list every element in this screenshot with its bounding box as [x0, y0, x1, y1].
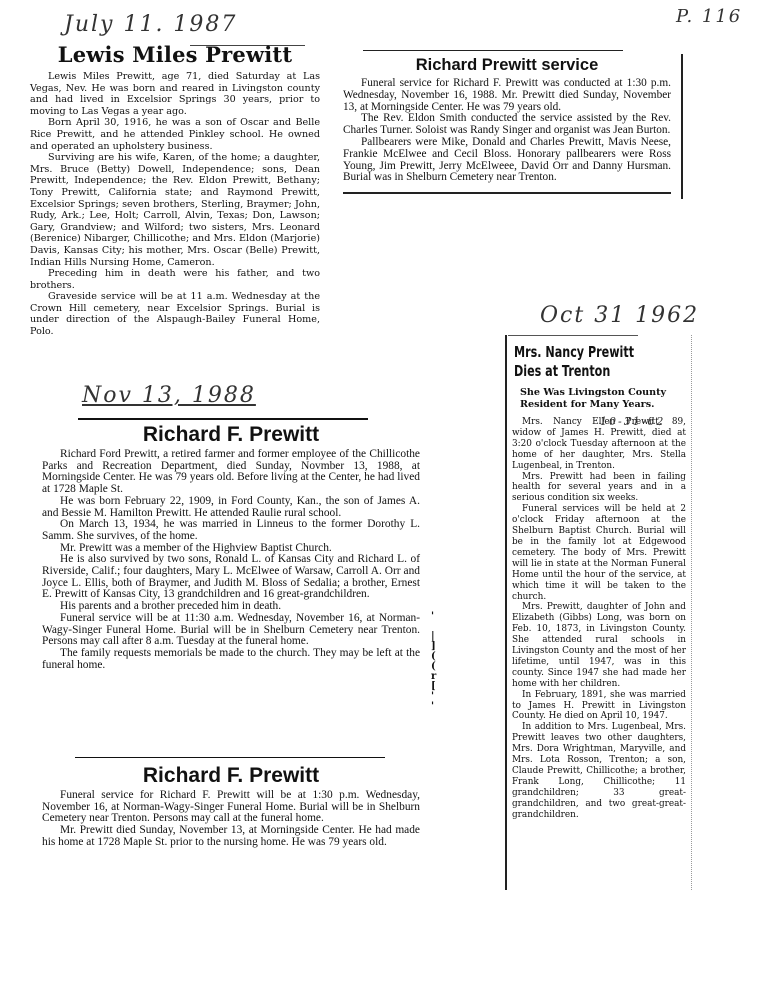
paragraph: Pallbearers were Mike, Donald and Charle… — [343, 137, 671, 184]
paragraph: He was born February 22, 1909, in Ford C… — [42, 496, 420, 519]
headline-line-2: Dies at Trenton — [514, 362, 638, 381]
divider — [363, 50, 623, 51]
obituary-nancy-prewitt: Mrs. Nancy Prewitt Dies at Trenton She W… — [508, 335, 686, 821]
paragraph: Richard Ford Prewitt, a retired farmer a… — [42, 449, 420, 496]
paragraph: On March 13, 1934, he was married in Lin… — [42, 519, 420, 542]
subhead-line-1: She Was Livingston County — [520, 387, 686, 399]
obituary-richard-f-prewitt-notice: Richard F. Prewitt Funeral service for R… — [42, 764, 420, 849]
clipping-edge-marks: ' |]((r['' — [431, 612, 436, 712]
paragraph: Born April 30, 1916, he was a son of Osc… — [30, 117, 320, 152]
headline: Richard Prewitt service — [343, 56, 671, 75]
headline: Richard F. Prewitt — [42, 423, 420, 447]
paragraph: Funeral service for Richard F. Prewitt w… — [343, 78, 671, 113]
paragraph: Surviving are his wife, Karen, of the ho… — [30, 152, 320, 268]
clipping-edge — [691, 335, 692, 890]
subhead-line-2: Resident for Many Years. — [520, 399, 686, 411]
nancy-date-note: Oct 31 1962 — [540, 303, 699, 328]
obituary-richard-prewitt-service: Richard Prewitt service Funeral service … — [343, 56, 671, 184]
divider — [78, 418, 368, 420]
paragraph: In February, 1891, she was married to Ja… — [512, 690, 686, 723]
paragraph: Mrs. Prewitt, daughter of John and Eliza… — [512, 602, 686, 689]
paragraph: Graveside service will be at 11 a.m. Wed… — [30, 291, 320, 337]
clipping-edge — [505, 335, 507, 890]
headline: Richard F. Prewitt — [42, 764, 420, 788]
divider — [75, 757, 385, 758]
paragraph: He is also survived by two sons, Ronald … — [42, 554, 420, 601]
clipping-edge — [681, 54, 683, 199]
paragraph: Preceding him in death were his father, … — [30, 268, 320, 291]
paragraph: Funeral service will be at 11:30 a.m. We… — [42, 613, 420, 648]
paragraph: The family requests memorials be made to… — [42, 648, 420, 671]
obituary-lewis-miles-prewitt: Lewis Miles Prewitt Lewis Miles Prewitt,… — [30, 42, 320, 338]
divider — [343, 192, 671, 194]
paragraph: Mrs. Prewitt had been in failing health … — [512, 472, 686, 505]
paragraph: Mr. Prewitt died Sunday, November 13, at… — [42, 825, 420, 848]
paragraph: The Rev. Eldon Smith conducted the servi… — [343, 113, 671, 137]
paragraph: In addition to Mrs. Lugenbeal, Mrs. Prew… — [512, 722, 686, 820]
headline-line-1: Mrs. Nancy Prewitt — [514, 343, 638, 362]
paragraph: Funeral services will be held at 2 o'clo… — [512, 504, 686, 602]
page-number-note: P. 116 — [676, 6, 742, 27]
rfp1-date-note: Nov 13, 1988 — [82, 383, 256, 408]
obituary-richard-f-prewitt: Richard F. Prewitt Richard Ford Prewitt,… — [42, 423, 420, 671]
paragraph: Lewis Miles Prewitt, age 71, died Saturd… — [30, 71, 320, 117]
lewis-date-note: July 11. 1987 — [64, 12, 237, 37]
headline: Lewis Miles Prewitt — [30, 42, 320, 67]
paragraph: Funeral service for Richard F. Prewitt w… — [42, 790, 420, 825]
nancy-date-note-small: 10-31-62 — [600, 415, 665, 428]
